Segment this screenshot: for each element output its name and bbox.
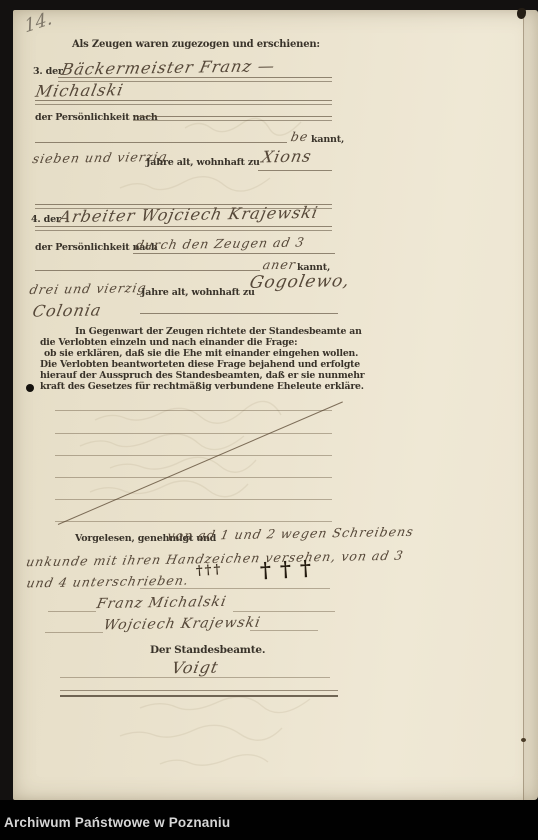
handmark-crosses-bold: †††: [259, 554, 320, 582]
rule-line: [35, 100, 332, 105]
witnesses-intro-line: Als Zeugen waren zugezogen und erschiene…: [72, 39, 320, 50]
rule-line: [55, 433, 332, 434]
witness3-known-suffix: kannt,: [311, 134, 344, 145]
rule-line: [55, 477, 332, 478]
rule-line: [140, 313, 338, 314]
rule-line: [133, 253, 335, 254]
witness4-residence2-handwriting: Colonia: [31, 300, 104, 320]
archive-watermark: Archiwum Państwowe w Poznaniu: [4, 815, 230, 830]
witness4-residence-handwriting: Gogolewo,: [248, 271, 352, 293]
signature-registrar: Voigt: [170, 658, 220, 678]
witness3-residence-handwriting: Xions: [260, 147, 314, 167]
rule-line: [233, 611, 335, 612]
rule-line: [133, 116, 332, 121]
rule-line: [55, 521, 332, 522]
signature-witness3: Franz Michalski: [95, 594, 228, 612]
declaration-line-4: Die Verlobten beantworteten diese Frage …: [40, 359, 360, 370]
declaration-line-3: ob sie erklären, daß sie die Ehe mit ein…: [44, 348, 358, 359]
signature-witness4: Wojciech Krajewski: [102, 615, 262, 634]
ink-bleedthrough-decoration: [0, 0, 538, 840]
declaration-line-6: kraft des Gesetzes für rechtmäßig verbun…: [40, 381, 364, 392]
rule-line: [55, 455, 332, 456]
rule-line: [250, 630, 318, 631]
rule-line: [60, 690, 338, 697]
witness3-prefix: 3. der: [33, 66, 63, 77]
witness4-known-prefix-handwriting: aner: [261, 257, 297, 273]
witness3-known-prefix-handwriting: be: [290, 129, 310, 144]
registrar-label: Der Standesbeamte.: [150, 644, 265, 656]
rule-line: [55, 410, 332, 411]
rule-line: [45, 632, 103, 633]
rule-line: [140, 588, 330, 589]
scanned-registry-page: 14. Als Zeugen waren zugezogen und ersch…: [0, 0, 538, 840]
witness3-age-residence-label: Jahre alt, wohnhaft zu: [146, 157, 260, 168]
rule-line: [35, 226, 332, 231]
rule-line: [48, 611, 96, 612]
witness3-surname-handwriting: Michalski: [34, 80, 125, 101]
witness4-identity-handwriting: durch den Zeugen ad 3: [134, 235, 306, 253]
declaration-line-1: In Gegenwart der Zeugen richtete der Sta…: [75, 326, 362, 337]
rule-line: [258, 170, 332, 171]
rule-line: [60, 677, 330, 678]
witness3-occupation-firstname-handwriting: Bäckermeister Franz —: [60, 56, 277, 79]
witness4-age-handwriting: drei und vierzig: [28, 280, 148, 297]
handmark-crosses-small: †††: [196, 562, 223, 579]
witness4-age-residence-label: Jahre alt, wohnhaft zu: [141, 287, 255, 298]
declaration-line-2: die Verlobten einzeln und nach einander …: [40, 337, 297, 348]
rule-line: [55, 499, 332, 500]
rule-line: [35, 142, 287, 143]
witness4-prefix: 4. der: [31, 214, 61, 225]
declaration-line-5: hierauf der Ausspruch des Standesbeamten…: [40, 370, 364, 381]
rule-line: [35, 270, 260, 271]
